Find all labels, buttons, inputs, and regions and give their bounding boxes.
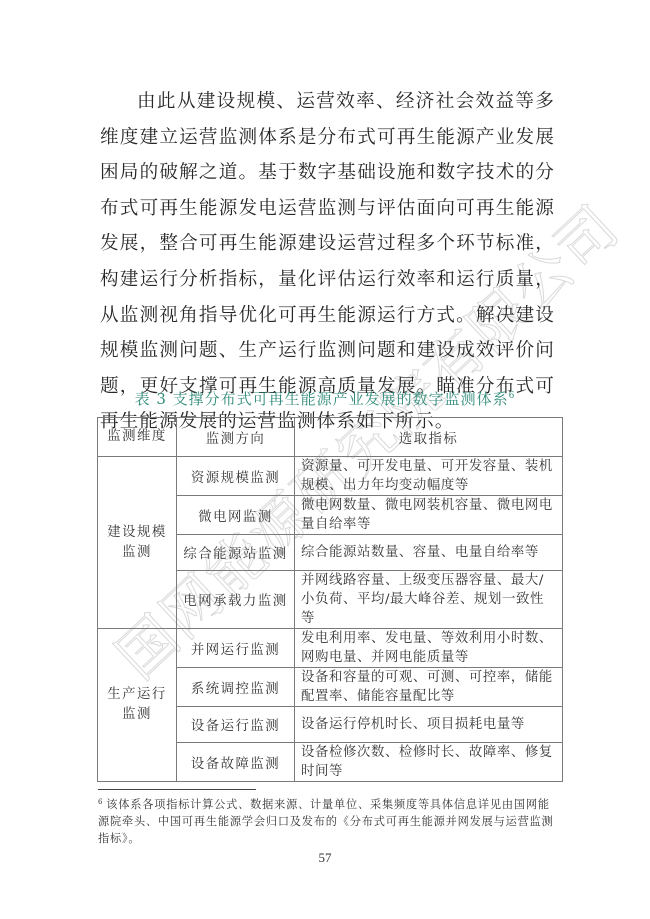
indicators-cell: 发电利用率、发电量、等效利用小时数、网购电量、并网电能质量等 (295, 629, 563, 668)
indicators-cell: 设备运行停机时长、项目损耗电量等 (295, 707, 563, 743)
direction-cell: 综合能源站监测 (177, 535, 295, 571)
dimension-cell: 生产运行监测 (98, 629, 177, 782)
indicators-cell: 设备和容量的可观、可测、可控率，储能配置率、储能容量配比等 (295, 668, 563, 707)
document-page: 国网能源研究院有限公司 由此从建设规模、运营效率、经济社会效益等多维度建立运营监… (0, 0, 650, 919)
footnote-divider (98, 789, 256, 790)
direction-cell: 设备故障监测 (177, 743, 295, 782)
indicators-cell: 微电网数量、微电网装机容量、微电网电量自给率等 (295, 496, 563, 535)
header-indicators: 选取指标 (295, 418, 563, 457)
header-dimension: 监测维度 (98, 418, 177, 457)
body-paragraph: 由此从建设规模、运营效率、经济社会效益等多维度建立运营监测体系是分布式可再生能源… (100, 84, 555, 440)
indicators-cell: 并网线路容量、上级变压器容量、最大/小负荷、平均/最大峰谷差、规划一致性等 (295, 571, 563, 629)
dimension-label: 生产运行监测 (107, 685, 167, 725)
table-row: 建设规模监测 资源规模监测 资源量、可开发电量、可开发容量、装机规模、出力年均变… (98, 457, 563, 496)
footnote: 6该体系各项指标计算公式、数据来源、计量单位、采集频度等具体信息详见由国网能源院… (98, 794, 558, 847)
header-direction: 监测方向 (177, 418, 295, 457)
table-header-row: 监测维度 监测方向 选取指标 (98, 418, 563, 457)
dimension-label: 建设规模监测 (107, 523, 167, 563)
direction-cell: 资源规模监测 (177, 457, 295, 496)
page-number: 57 (0, 850, 650, 866)
table-caption: 表 3 支撑分布式可再生能源产业发展的数字监测体系6 (0, 388, 650, 409)
indicators-cell: 资源量、可开发电量、可开发容量、装机规模、出力年均变动幅度等 (295, 457, 563, 496)
direction-cell: 微电网监测 (177, 496, 295, 535)
indicators-cell: 设备检修次数、检修时长、故障率、修复时间等 (295, 743, 563, 782)
dimension-cell: 建设规模监测 (98, 457, 177, 629)
direction-cell: 并网运行监测 (177, 629, 295, 668)
footnote-ref[interactable]: 6 (509, 391, 516, 401)
direction-cell: 系统调控监测 (177, 668, 295, 707)
indicators-cell: 综合能源站数量、容量、电量自给率等 (295, 535, 563, 571)
monitoring-system-table: 监测维度 监测方向 选取指标 建设规模监测 资源规模监测 资源量、可开发电量、可… (97, 417, 563, 782)
table-caption-text: 表 3 支撑分布式可再生能源产业发展的数字监测体系 (135, 390, 509, 408)
footnote-text: 该体系各项指标计算公式、数据来源、计量单位、采集频度等具体信息详见由国网能源院牵… (98, 798, 554, 845)
footnote-mark: 6 (98, 798, 103, 806)
direction-cell: 电网承载力监测 (177, 571, 295, 629)
table-row: 生产运行监测 并网运行监测 发电利用率、发电量、等效利用小时数、网购电量、并网电… (98, 629, 563, 668)
direction-cell: 设备运行监测 (177, 707, 295, 743)
